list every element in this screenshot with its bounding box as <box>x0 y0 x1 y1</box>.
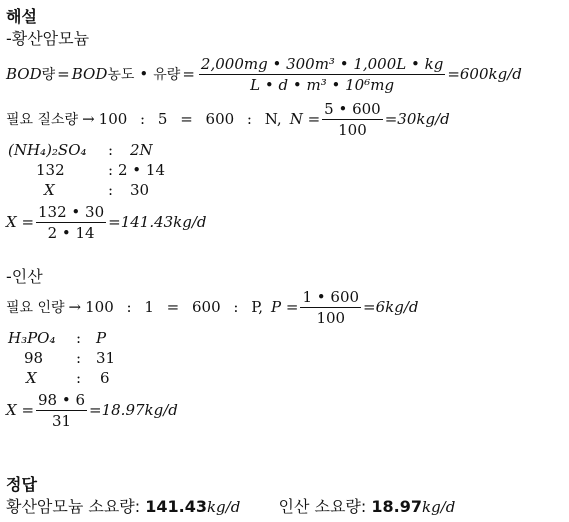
load-term: 량 <box>42 64 56 84</box>
bod-result: =600kg/d <box>447 65 522 83</box>
x-var: X = <box>6 401 34 419</box>
x-var: X = <box>6 213 34 231</box>
colon: : <box>108 141 130 159</box>
proportion-row: X : 6 <box>8 368 115 388</box>
x-denominator: 2 • 14 <box>46 223 97 242</box>
x-numerator: 132 • 30 <box>36 203 106 223</box>
proportion-row: H₃PO₄ : P <box>8 328 115 348</box>
value-cell: 31 <box>96 349 115 367</box>
ammonium-amount-value: 141.43 <box>145 497 207 516</box>
arrow-icon: → <box>65 298 86 316</box>
nitrogen-var: N = <box>282 110 320 128</box>
x-denominator: 31 <box>50 411 73 430</box>
colon: : <box>108 161 118 179</box>
proportion-row: 132 : 2 • 14 <box>8 160 165 180</box>
nitrogen-fraction: 5 • 600 100 <box>322 100 383 139</box>
phosphorus-result: =6kg/d <box>363 298 418 316</box>
bod-equation: BOD 량 = BOD 농도 • 유량 = 2,000mg • 300m³ • … <box>6 50 522 98</box>
phosphorus-var: P = <box>263 298 298 316</box>
phosphorus-x-equation: X = 98 • 6 31 =18.97kg/d <box>6 388 178 432</box>
phosphoric-amount-label: 인산 소요량: <box>279 497 367 516</box>
nitrogen-ratio: 100 : 5 = 600 : N, <box>99 110 282 128</box>
proportion-row: X : 30 <box>8 180 165 200</box>
bod-term-2: BOD <box>72 65 108 83</box>
concentration-term: 농도 <box>107 64 134 84</box>
equals-sign: = <box>55 65 72 83</box>
ammonium-x-equation: X = 132 • 30 2 • 14 =141.43kg/d <box>6 200 207 244</box>
colon: : <box>76 369 100 387</box>
value-cell: 98 <box>8 349 76 367</box>
required-nitrogen-label: 필요 질소량 <box>6 109 78 129</box>
bod-numerator: 2,000mg • 300m³ • 1,000L • kg <box>199 55 445 75</box>
unit: kg/d <box>422 498 455 516</box>
x-result: =18.97kg/d <box>89 401 178 419</box>
x-numerator: 98 • 6 <box>36 391 87 411</box>
value-cell: X <box>8 181 108 199</box>
answer-line: 황산암모늄 소요량: 141.43kg/d 인산 소요량: 18.97kg/d <box>6 494 455 517</box>
x-fraction: 132 • 30 2 • 14 <box>36 203 106 242</box>
value-cell: X <box>8 369 76 387</box>
required-phosphorus-label: 필요 인량 <box>6 297 65 317</box>
colon: : <box>76 349 96 367</box>
bod-fraction: 2,000mg • 300m³ • 1,000L • kg L • d • m³… <box>199 55 445 94</box>
nitrogen-equation: 필요 질소량 → 100 : 5 = 600 : N, N = 5 • 600 … <box>6 96 450 142</box>
ammonium-sulfate-label: -황산암모늄 <box>6 26 89 49</box>
phosphorus-ratio: 100 : 1 = 600 : P, <box>85 298 263 316</box>
proportion-row: 98 : 31 <box>8 348 115 368</box>
answer-heading: 정답 <box>6 472 37 495</box>
nitrogen-numerator: 5 • 600 <box>322 100 383 120</box>
phosphorus-fraction: 1 • 600 100 <box>300 288 361 327</box>
formula-cell: H₃PO₄ <box>8 329 76 347</box>
explanation-heading: 해설 <box>6 4 37 27</box>
ammonium-proportion: (NH₄)₂SO₄ : 2N 132 : 2 • 14 X : 30 <box>8 140 165 200</box>
value-cell: 132 <box>8 161 108 179</box>
value-cell: 2N <box>130 141 153 159</box>
unit: kg/d <box>207 498 240 516</box>
phosphorus-equation: 필요 인량 → 100 : 1 = 600 : P, P = 1 • 600 1… <box>6 284 419 330</box>
equals-sign-2: = <box>180 65 197 83</box>
formula-cell: (NH₄)₂SO₄ <box>8 141 108 159</box>
value-cell: 6 <box>100 369 110 387</box>
value-cell: P <box>96 329 106 347</box>
phosphoric-amount-value: 18.97 <box>371 497 422 516</box>
flow-term: 유량 <box>153 64 180 84</box>
phosphorus-numerator: 1 • 600 <box>300 288 361 308</box>
colon: : <box>76 329 96 347</box>
x-fraction: 98 • 6 31 <box>36 391 87 430</box>
x-result: =141.43kg/d <box>108 213 206 231</box>
value-cell: 2 • 14 <box>118 161 165 179</box>
value-cell: 30 <box>130 181 149 199</box>
phosphorus-denominator: 100 <box>314 308 347 327</box>
ammonium-amount-label: 황산암모늄 소요량: <box>6 497 140 516</box>
bod-denominator: L • d • m³ • 10⁶mg <box>248 75 396 94</box>
nitrogen-result: =30kg/d <box>385 110 450 128</box>
phosphorus-proportion: H₃PO₄ : P 98 : 31 X : 6 <box>8 328 115 388</box>
nitrogen-denominator: 100 <box>336 120 369 139</box>
proportion-row: (NH₄)₂SO₄ : 2N <box>8 140 165 160</box>
bod-term: BOD <box>6 65 42 83</box>
arrow-icon: → <box>78 110 99 128</box>
colon: : <box>108 181 130 199</box>
